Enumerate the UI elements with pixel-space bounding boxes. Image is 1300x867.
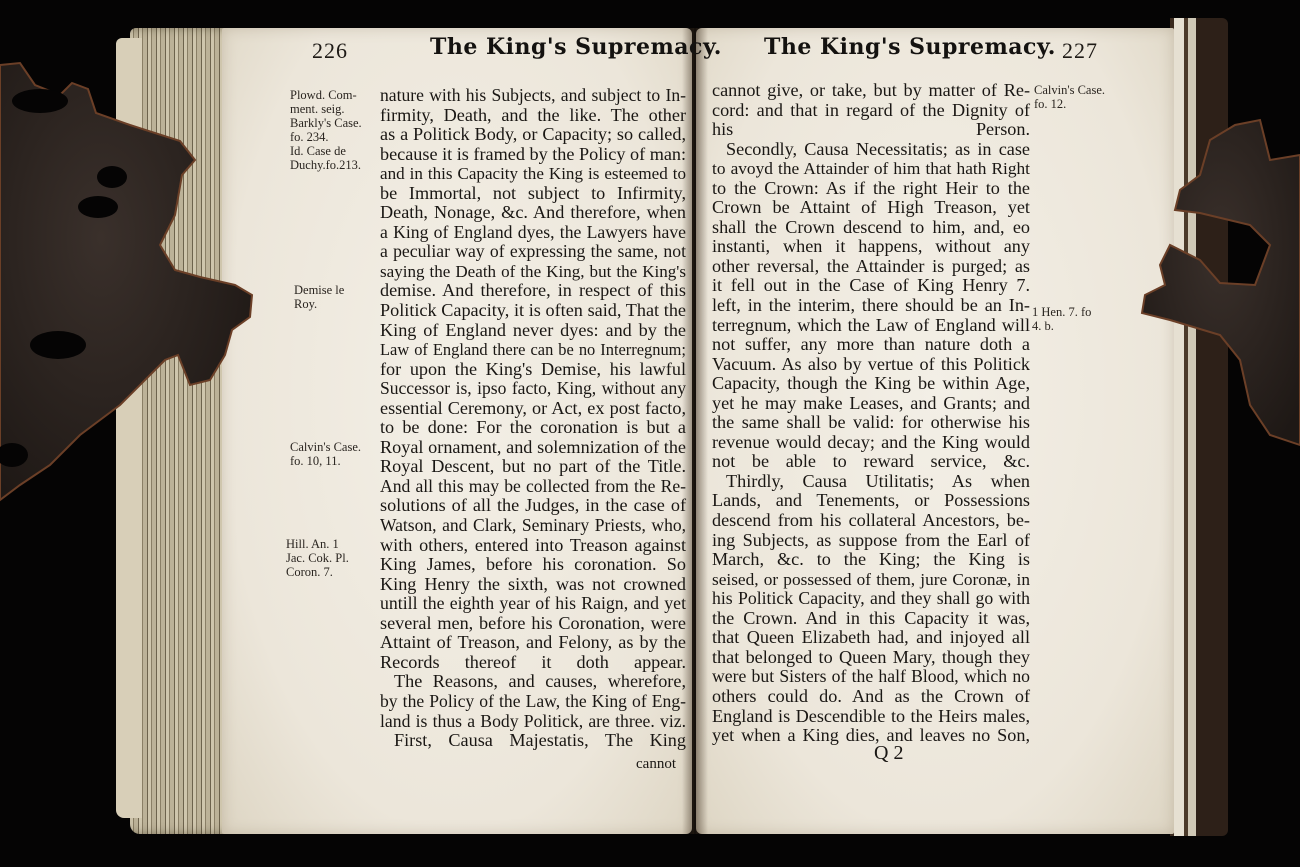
text-line: First, Causa Majestatis, The King [380,731,686,751]
text-line: Lands, and Tenements, or Possessions [712,491,1030,511]
text-line: by the Policy of the Law, the King of En… [380,692,686,712]
text-line: his Politick Capacity, and they shall go… [712,589,1030,609]
right-metal-clasp-icon [1140,115,1300,455]
text-line: Capacity, though the King be within Age, [712,374,1030,394]
text-line: King Henry the sixth, was not crowned [380,575,686,595]
text-line: a King of England dyes, the Lawyers have [380,223,686,243]
text-line: other reversal, the Attainder is purged;… [712,257,1030,277]
text-line: nature with his Subjects, and subject to… [380,86,686,106]
text-line: Successor is, ipso facto, King, without … [380,379,686,399]
text-line: Crown be Attaint of High Treason, yet [712,198,1030,218]
text-line: cord: and that in regard of the Dignity … [712,101,1030,121]
text-line: not suffer, any more than nature doth a [712,335,1030,355]
text-line: Secondly, Causa Necessitatis; as in case [712,140,1030,160]
text-line: essential Ceremony, or Act, ex post fact… [380,399,686,419]
text-line: others could do. And as the Crown of [712,687,1030,707]
text-line: yet when a King dies, and leaves no Son, [712,726,1030,746]
text-line: King James, before his coronation. So [380,555,686,575]
text-line: land is thus a Body Politick, are three.… [380,712,686,732]
text-line: seised, or possessed of them, jure Coron… [712,570,1030,590]
text-line: March, &c. to the King; the King is [712,550,1030,570]
margin-note: 1 Hen. 7. fo 4. b. [1032,305,1091,333]
text-line: England is Descendible to the Heirs male… [712,707,1030,727]
text-line: Royal Descent, but no part of the Title. [380,457,686,477]
text-line: yet he may make Leases, and Grants; and [712,394,1030,414]
text-line: the Crown. And in this Capacity it was, [712,609,1030,629]
text-line: instanti, when it happens, without any [712,237,1030,257]
text-line: The Reasons, and causes, wherefore, [380,672,686,692]
catchword: cannot [636,756,676,773]
right-page-number: 227 [1062,38,1098,64]
text-line: firmity, Death, and the like. The other [380,106,686,126]
text-line: as a Politick Body, or Capacity; so call… [380,125,686,145]
text-line: the same shall be valid: for otherwise h… [712,413,1030,433]
signature-mark: Q 2 [874,742,903,765]
text-line: to avoyd the Attainder of him that hath … [712,159,1030,179]
text-line: demise. And therefore, in respect of thi… [380,281,686,301]
text-line: Records thereof it doth appear. [380,653,686,673]
text-line: his Person. [712,120,1030,140]
margin-note: Hill. An. 1 Jac. Cok. Pl. Coron. 7. [286,537,349,579]
right-page-body: cannot give, or take, but by matter of R… [712,81,1030,746]
text-line: Law of England there can be no Interregn… [380,340,686,360]
text-line: left, in the interim, there should be an… [712,296,1030,316]
text-line: shall the Crown descend to him, and, eo [712,218,1030,238]
text-line: And all this may be collected from the R… [380,477,686,497]
text-line: revenue would decay; and the King would [712,433,1030,453]
text-line: for upon the King's Demise, his lawful [380,360,686,380]
text-line: Thirdly, Causa Utilitatis; As when [712,472,1030,492]
text-line: ing Subjects, as suppose from the Earl o… [712,531,1030,551]
text-line: Watson, and Clark, Seminary Priests, who… [380,516,686,536]
margin-note: Plowd. Com- ment. seig. Barkly's Case. f… [290,88,362,172]
text-line: King of England never dyes: and by the [380,321,686,341]
text-line: Politick Capacity, it is often said, Tha… [380,301,686,321]
text-line: and in this Capacity the King is esteeme… [380,164,686,184]
book-photo: 226 The King's Supremacy. Plowd. Com- me… [0,0,1300,867]
text-line: solutions of all the Judges, in the case… [380,496,686,516]
text-line: it fell out in the Case of King Henry 7. [712,276,1030,296]
left-page-body: nature with his Subjects, and subject to… [380,86,686,751]
text-line: Vacuum. As also by vertue of this Politi… [712,355,1030,375]
text-line: to the Crown: As if the right Heir to th… [712,179,1030,199]
margin-note: Demise le Roy. [294,283,344,311]
text-line: terregnum, which the Law of England will [712,316,1030,336]
right-running-head: The King's Supremacy. [764,34,1056,60]
left-running-head: The King's Supremacy. [430,34,722,60]
text-line: be Immortal, not subject to Infirmity, [380,184,686,204]
text-line: Attaint of Treason, and Felony, as by th… [380,633,686,653]
text-line: Royal ornament, and solemnization of the [380,438,686,458]
text-line: because it is framed by the Policy of ma… [380,145,686,165]
text-line: that Queen Elizabeth had, and injoyed al… [712,628,1030,648]
left-metal-clasp-icon [0,55,260,505]
text-line: cannot give, or take, but by matter of R… [712,81,1030,101]
margin-note: Calvin's Case. fo. 10, 11. [290,440,361,468]
left-page-number: 226 [312,38,348,64]
text-line: saying the Death of the King, but the Ki… [380,262,686,282]
text-line: a peculiar way of expressing the same, n… [380,242,686,262]
text-line: to be done: For the coronation is but a [380,418,686,438]
text-line: that belonged to Queen Mary, though they [712,648,1030,668]
text-line: not be able to reward service, &c. [712,452,1030,472]
text-line: with others, entered into Treason agains… [380,536,686,556]
text-line: untill the eighth year of his Raign, and… [380,594,686,614]
margin-note: Calvin's Case. fo. 12. [1034,83,1105,111]
text-line: Death, Nonage, &c. And therefore, when [380,203,686,223]
text-line: were but Sisters of the half Blood, whic… [712,667,1030,687]
text-line: several men, before his Coronation, were [380,614,686,634]
text-line: descend from his collateral Ancestors, b… [712,511,1030,531]
